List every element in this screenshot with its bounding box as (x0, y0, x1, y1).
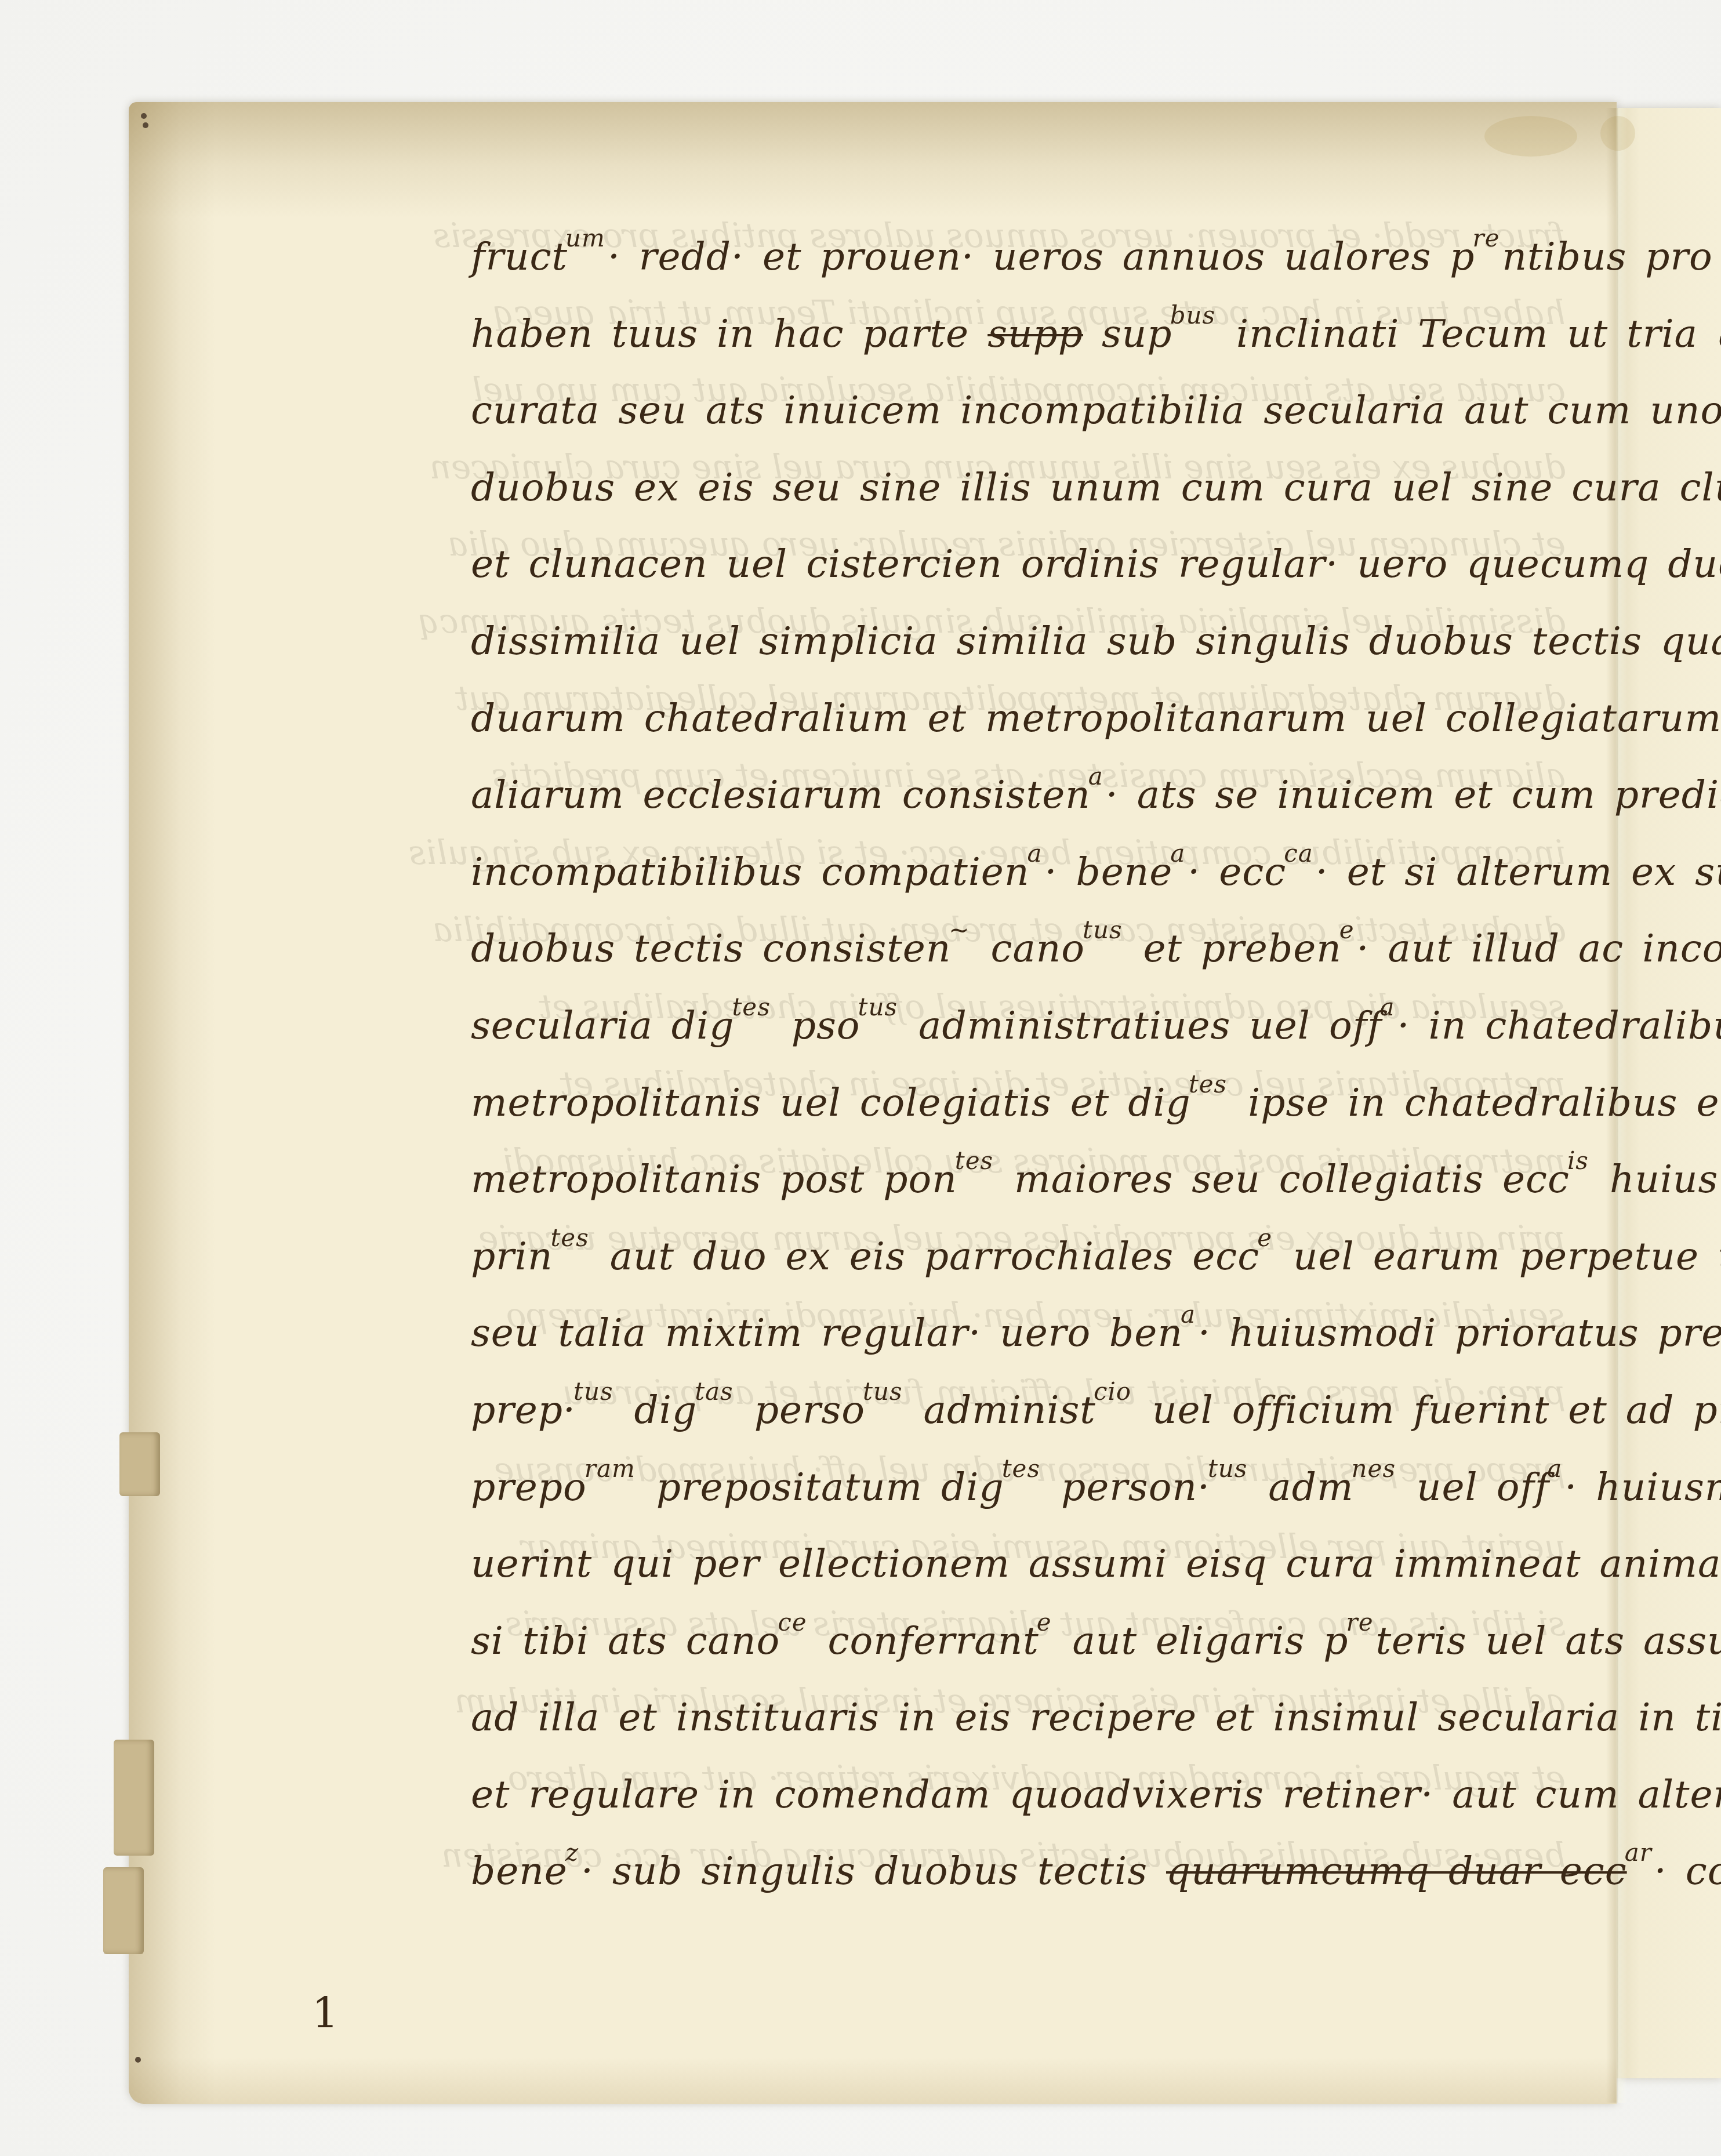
superscript-abbreviation: a (1380, 993, 1395, 1021)
line-text: administ (905, 1388, 1096, 1432)
line-text: conferrant (809, 1618, 1039, 1663)
line-text: si tibi ats cano (471, 1618, 780, 1663)
superscript-abbreviation: is (1567, 1146, 1589, 1175)
superscript-abbreviation: um (565, 224, 605, 252)
line-text: inclinati Tecum ut tria quecq (1218, 311, 1721, 356)
line-text: sup (1083, 311, 1172, 356)
line-text: ntibus pro expressis (1502, 234, 1721, 279)
superscript-abbreviation: tus (573, 1377, 613, 1406)
superscript-abbreviation: tes (732, 993, 770, 1021)
superscript-abbreviation: nes (1352, 1454, 1396, 1483)
wormhole (143, 122, 148, 128)
line-text: haben tuus in hac parte (471, 311, 987, 356)
line-text: · huiusmodi consue (1564, 1465, 1721, 1509)
superscript-abbreviation: e (1037, 1608, 1052, 1636)
line-text: · redd· et prouen· ueros annuos ualores … (608, 234, 1475, 279)
line-text: · sub singulis duobus tectis (581, 1849, 1166, 1893)
manuscript-line: haben tuus in hac parte supp supbus incl… (471, 302, 1526, 379)
struck-text: supp (987, 311, 1083, 356)
line-text: ipse in chatedralibus et (1229, 1080, 1721, 1125)
torn-edge-fragment (114, 1740, 154, 1856)
superscript-abbreviation: a (1181, 1300, 1196, 1329)
superscript-abbreviation: ar (1625, 1838, 1652, 1867)
manuscript-line: et regulare in comendam quoadvixeris ret… (471, 1763, 1526, 1840)
superscript-abbreviation: a (1088, 762, 1103, 790)
superscript-abbreviation: ca (1284, 839, 1313, 868)
manuscript-line: secularia digtes psotus administratiues … (471, 994, 1526, 1071)
line-text: prin (471, 1234, 553, 1279)
line-text: · bene (1044, 850, 1172, 894)
superscript-abbreviation: a (1547, 1454, 1562, 1483)
manuscript-line: aliarum ecclesiarum consistena· ats se i… (471, 763, 1526, 840)
manuscript-line: duobus ex eis seu sine illis unum cum cu… (471, 456, 1526, 533)
line-text: · aut illud ac incompatibilia (1357, 926, 1721, 971)
manuscript-line: si tibi ats canoce conferrante aut eliga… (471, 1609, 1526, 1686)
manuscript-line: incompatibilibus compatiena· benea· eccc… (471, 840, 1526, 917)
line-text: aut eligaris p (1054, 1618, 1349, 1663)
struck-text: quarumcumq duar ecc (1166, 1849, 1627, 1893)
line-text: · ecc (1188, 850, 1286, 894)
line-text: aut duo ex eis parrochiales ecc (591, 1234, 1259, 1279)
superscript-abbreviation: e (1339, 916, 1355, 944)
line-text: · consisten (1654, 1849, 1721, 1893)
line-text: · in chatedralibus et (1397, 1003, 1721, 1048)
line-text: metropolitanis post pon (471, 1157, 957, 1202)
line-text: et clunacen uel cistercien ordinis regul… (471, 542, 1721, 586)
line-text: aliarum ecclesiarum consisten (471, 772, 1091, 817)
line-text: uerint qui per ellectionem assumi eisq c… (471, 1541, 1721, 1586)
manuscript-line: metropolitanis uel colegiatis et digtes … (471, 1071, 1526, 1148)
line-text: duobus ex eis seu sine illis unum cum cu… (471, 465, 1721, 510)
line-text: dig (616, 1388, 698, 1432)
line-text: teris uel ats assumaris (1376, 1618, 1721, 1663)
line-text: dissimilia uel simplicia similia sub sin… (471, 619, 1721, 663)
line-text: uel officium fuerint et ad prioratu (1134, 1388, 1721, 1432)
line-text: prepositatum dig (638, 1465, 1004, 1509)
superscript-abbreviation: a (1027, 839, 1042, 868)
line-text: ad illa et instituaris in eis recipere e… (471, 1695, 1721, 1740)
line-text: adm (1250, 1465, 1353, 1509)
torn-edge-fragment (103, 1867, 144, 1954)
line-text: perso (736, 1388, 865, 1432)
line-text: pso (773, 1003, 860, 1048)
manuscript-line: uerint qui per ellectionem assumi eisq c… (471, 1532, 1526, 1609)
line-text: prep· (471, 1388, 576, 1432)
line-text: et regulare in comendam quoadvixeris ret… (471, 1772, 1721, 1817)
line-text: cano (972, 926, 1085, 971)
manuscript-line: et clunacen uel cistercien ordinis regul… (471, 532, 1526, 609)
manuscript-line: prep·tus digtas persotus administcio uel… (471, 1378, 1526, 1456)
superscript-abbreviation: a (1170, 839, 1185, 868)
superscript-abbreviation: cio (1094, 1377, 1131, 1406)
superscript-abbreviation: bus (1170, 301, 1216, 329)
superscript-abbreviation: tes (1189, 1070, 1227, 1098)
line-text: prepo (471, 1465, 587, 1509)
superscript-abbreviation: re (1346, 1608, 1374, 1636)
line-text: duarum chatedralium et metropolitanarum … (471, 696, 1721, 741)
manuscript-line: preporam prepositatum digtes person·tus … (471, 1456, 1526, 1533)
superscript-abbreviation: ~ (949, 916, 970, 944)
manuscript-line: printes aut duo ex eis parrochiales ecce… (471, 1225, 1526, 1302)
manuscript-line: dissimilia uel simplicia similia sub sin… (471, 609, 1526, 687)
superscript-abbreviation: tes (1002, 1454, 1040, 1483)
manuscript-line: curata seu ats inuicem incompatibilia se… (471, 379, 1526, 456)
line-text: secularia dig (471, 1003, 734, 1048)
superscript-abbreviation: ram (584, 1454, 636, 1483)
manuscript-line: benez· sub singulis duobus tectis quarum… (471, 1839, 1526, 1917)
manuscript-line: ad illa et instituaris in eis recipere e… (471, 1686, 1526, 1763)
superscript-abbreviation: ce (778, 1608, 807, 1636)
superscript-abbreviation: tes (955, 1146, 993, 1175)
line-text: uel earum perpetue uicarie (1275, 1234, 1721, 1279)
line-text: fruct (471, 234, 568, 279)
superscript-abbreviation: z (565, 1838, 579, 1867)
superscript-abbreviation: tus (1083, 916, 1122, 944)
line-text: et preben (1125, 926, 1342, 971)
line-text: huiusmodi (1591, 1157, 1721, 1202)
superscript-abbreviation: tus (858, 993, 898, 1021)
manuscript-line: fructum· redd· et prouen· ueros annuos u… (471, 225, 1526, 302)
line-text: duobus tectis consisten (471, 926, 951, 971)
superscript-abbreviation: tas (695, 1377, 733, 1406)
wormhole (141, 113, 147, 119)
line-text: curata seu ats inuicem incompatibilia se… (471, 388, 1721, 433)
torn-edge-fragment (119, 1432, 160, 1496)
manuscript-line: duarum chatedralium et metropolitanarum … (471, 687, 1526, 764)
line-text: bene (471, 1849, 568, 1893)
line-text: maiores seu collegiatis ecc (996, 1157, 1570, 1202)
line-text: · ats se inuicem et cum predictis (1106, 772, 1721, 817)
superscript-abbreviation: e (1257, 1224, 1272, 1252)
line-text: incompatibilibus compatien (471, 850, 1029, 894)
wormhole (135, 2057, 141, 2063)
superscript-abbreviation: tus (863, 1377, 902, 1406)
paper-stain (1484, 116, 1577, 157)
line-text: · huiusmodi prioratus prepo (1198, 1311, 1721, 1355)
line-text: administratiues uel off (900, 1003, 1382, 1048)
superscript-abbreviation: tus (1208, 1454, 1247, 1483)
manuscript-line: seu talia mixtim regular· uero bena· hui… (471, 1301, 1526, 1378)
manuscript-line: metropolitanis post pontes maiores seu c… (471, 1148, 1526, 1225)
superscript-abbreviation: re (1473, 224, 1500, 252)
line-text: person· (1043, 1465, 1210, 1509)
folio-number: 1 (312, 1989, 339, 2038)
paper-stain (1600, 116, 1635, 151)
manuscript-line: duobus tectis consisten~ canotus et preb… (471, 917, 1526, 994)
superscript-abbreviation: tes (550, 1224, 589, 1252)
line-text: seu talia mixtim regular· uero ben (471, 1311, 1183, 1355)
manuscript-text: fructum· redd· et prouen· ueros annuos u… (471, 225, 1526, 1917)
line-text: metropolitanis uel colegiatis et dig (471, 1080, 1191, 1125)
line-text: uel off (1398, 1465, 1549, 1509)
line-text: · et si alterum ex sub singulis (1316, 850, 1721, 894)
